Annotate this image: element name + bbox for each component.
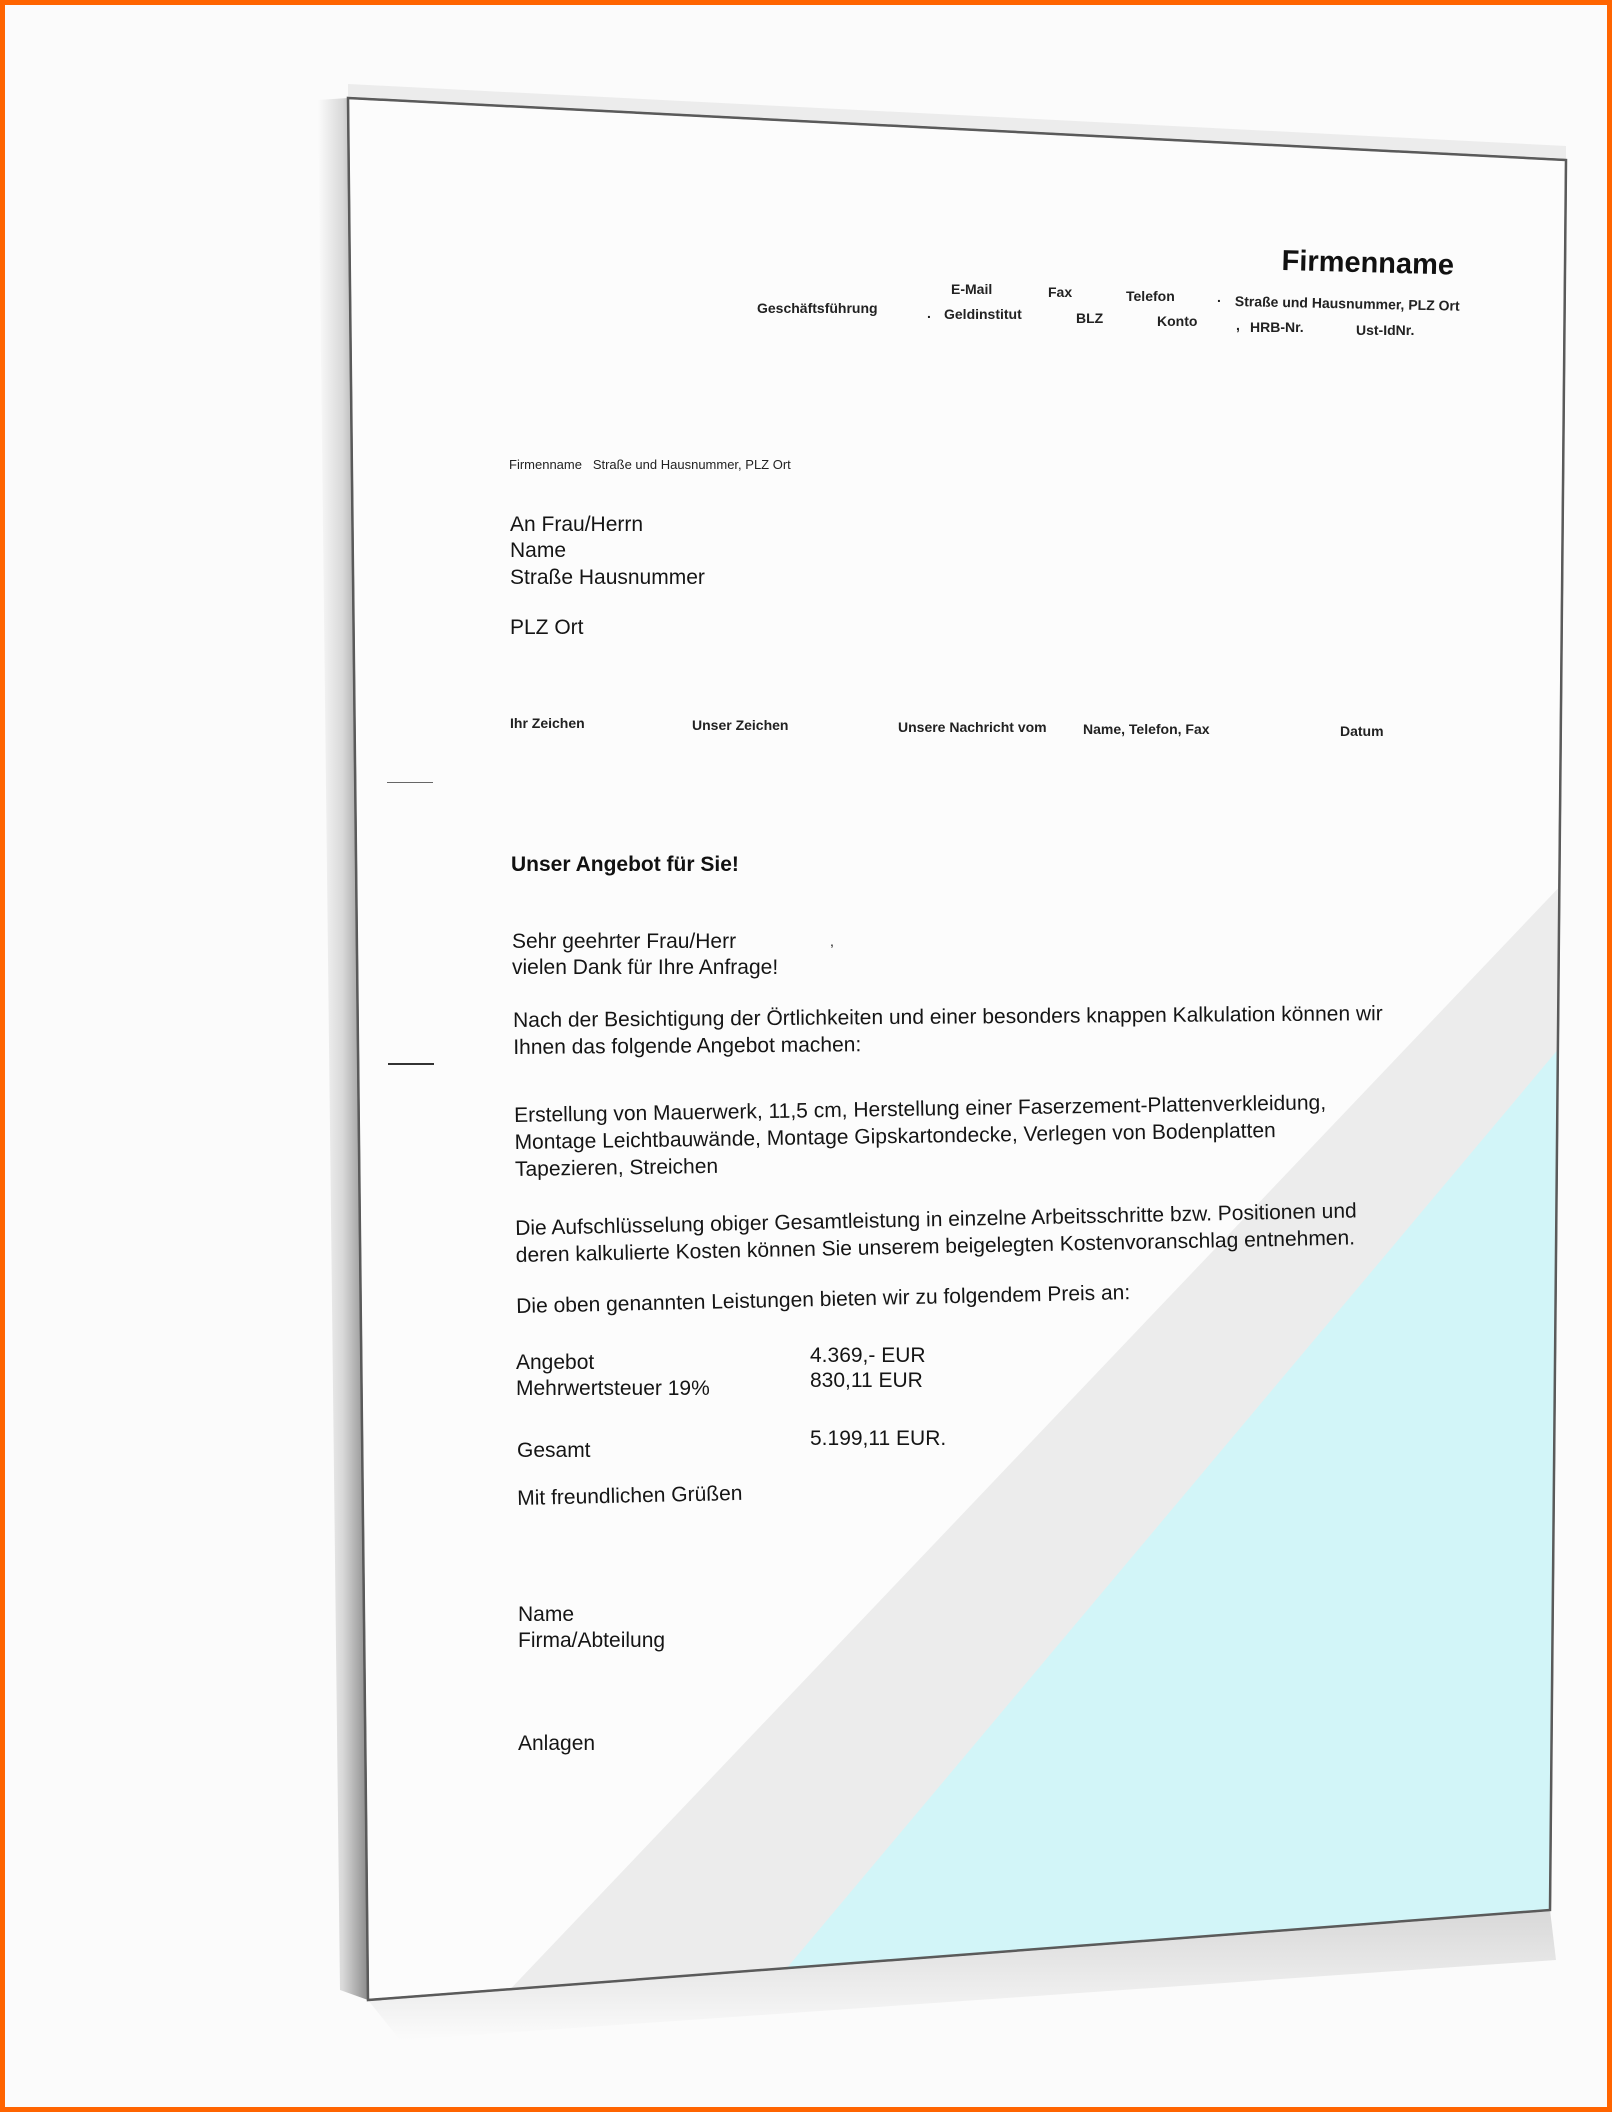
- letterhead-geldinstitut: Geldinstitut: [944, 307, 1022, 321]
- offer-value: 4.369,- EUR: [810, 1345, 926, 1366]
- letterhead-email: E-Mail: [951, 282, 992, 296]
- recipient-salutation: An Frau/Herrn: [510, 514, 643, 535]
- subject-line: Unser Angebot für Sie!: [511, 854, 739, 875]
- recipient-city: PLZ Ort: [510, 617, 584, 638]
- paragraph-intro-line: Ihnen das folgende Angebot machen:: [513, 1030, 1383, 1058]
- sender-address: Straße und Hausnummer, PLZ Ort: [593, 457, 791, 472]
- ref-unsere-nachricht: Unsere Nachricht vom: [898, 720, 1047, 734]
- paragraph-intro-line: Nach der Besichtigung der Örtlichkeiten …: [513, 1003, 1383, 1031]
- letterhead-dot-1: .: [1217, 290, 1221, 304]
- fold-mark-middle: [388, 1063, 434, 1065]
- sender-company: Firmenname: [509, 457, 582, 472]
- sender-line: Firmenname Straße und Hausnummer, PLZ Or…: [509, 458, 791, 471]
- fold-mark-top: [387, 782, 433, 783]
- total-value: 5.199,11 EUR.: [810, 1428, 946, 1449]
- ref-unser-zeichen: Unser Zeichen: [692, 718, 788, 732]
- vat-value: 830,11 EUR: [810, 1370, 923, 1391]
- ref-contact: Name, Telefon, Fax: [1083, 722, 1210, 736]
- letterhead-konto: Konto: [1157, 314, 1197, 328]
- letterhead-ustidnr: Ust-IdNr.: [1356, 323, 1414, 337]
- document-content: Firmenname E-Mail Fax Telefon . Straße u…: [0, 0, 1612, 2112]
- paragraph-services: Erstellung von Mauerwerk, 11,5 cm, Herst…: [514, 1092, 1327, 1180]
- paragraph-breakdown: Die Aufschlüsselung obiger Gesamtleistun…: [515, 1200, 1357, 1266]
- ref-datum: Datum: [1340, 724, 1384, 738]
- letterhead-dot-2: .: [927, 306, 931, 320]
- recipient-street: Straße Hausnummer: [510, 567, 705, 588]
- signature-name: Name: [518, 1604, 574, 1625]
- letterhead-telefon: Telefon: [1126, 289, 1175, 303]
- paragraph-price-intro: Die oben genannten Leistungen bieten wir…: [516, 1282, 1130, 1317]
- recipient-name: Name: [510, 540, 566, 561]
- letterhead-address: Straße und Hausnummer, PLZ Ort: [1235, 294, 1460, 313]
- ref-ihr-zeichen: Ihr Zeichen: [510, 716, 585, 730]
- attachments-label: Anlagen: [518, 1733, 595, 1754]
- paragraph-intro: Nach der Besichtigung der Örtlichkeiten …: [513, 1003, 1383, 1058]
- greeting-comma: ,: [830, 934, 834, 948]
- greeting-line2: vielen Dank für Ihre Anfrage!: [512, 957, 778, 978]
- letterhead-fax: Fax: [1048, 285, 1072, 299]
- closing-regards: Mit freundlichen Grüßen: [517, 1483, 743, 1509]
- signature-department: Firma/Abteilung: [518, 1630, 665, 1651]
- letterhead-dot-3: ,: [1236, 318, 1240, 332]
- offer-label: Angebot: [516, 1352, 594, 1373]
- letterhead-hrb: HRB-Nr.: [1250, 320, 1304, 334]
- letterhead-blz: BLZ: [1076, 311, 1103, 325]
- total-label: Gesamt: [517, 1440, 591, 1461]
- letterhead-geschaeftsfuehrung: Geschäftsführung: [757, 301, 878, 315]
- greeting-line1: Sehr geehrter Frau/Herr: [512, 931, 736, 952]
- vat-label: Mehrwertsteuer 19%: [516, 1378, 710, 1399]
- company-name: Firmenname: [1281, 247, 1454, 281]
